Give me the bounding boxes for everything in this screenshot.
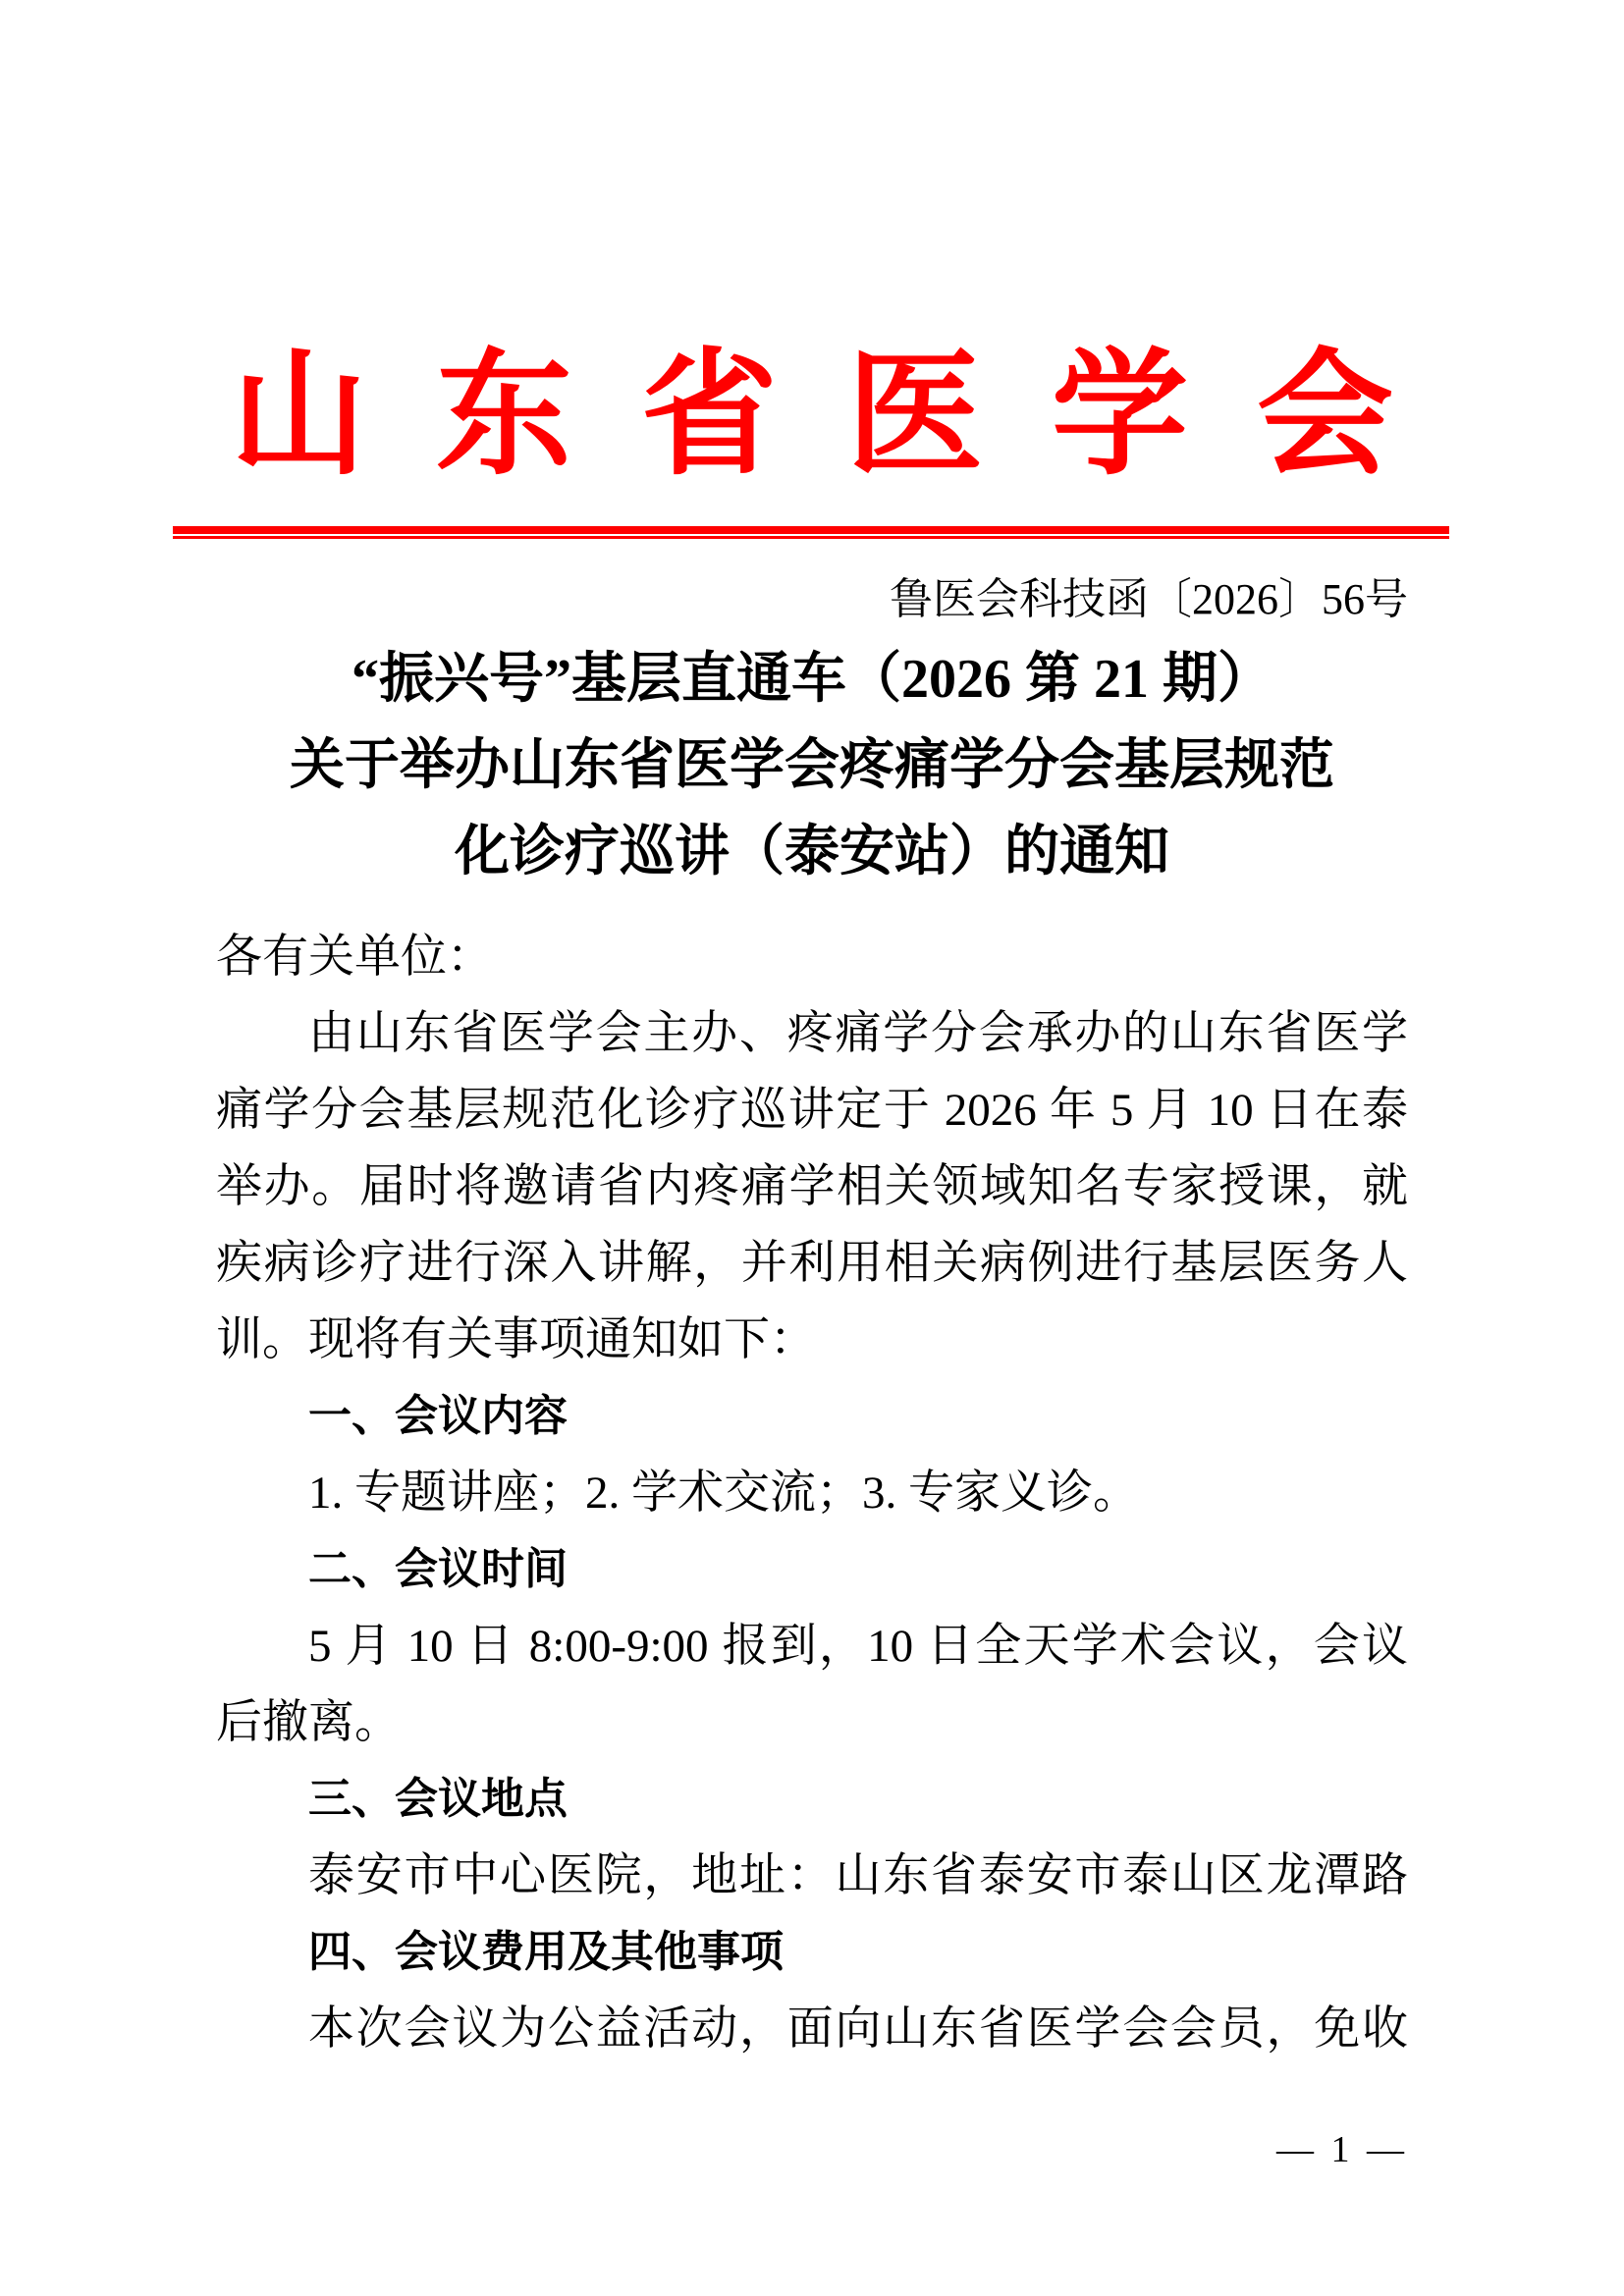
section-heading-2: 二、会议时间 bbox=[216, 1531, 1408, 1608]
document-page: 山东省医学会 鲁医会科技函〔2026〕56号 “振兴号”基层直通车（2026 第… bbox=[0, 0, 1624, 2296]
masthead-divider bbox=[173, 526, 1449, 539]
body-line: 举办。届时将邀请省内疼痛学相关领域知名专家授课，就疼痛 bbox=[216, 1148, 1408, 1225]
body-line: 泰安市中心医院，地址：山东省泰安市泰山区龙潭路 29 号。 bbox=[216, 1838, 1408, 1914]
doc-reference-number: 鲁医会科技函〔2026〕56号 bbox=[216, 573, 1408, 626]
page-number: — 1 — bbox=[216, 2126, 1408, 2173]
body-line: 1. 专题讲座；2. 学术交流；3. 专家义诊。 bbox=[216, 1455, 1408, 1531]
section-heading-3: 三、会议地点 bbox=[216, 1761, 1408, 1838]
section-heading-4: 四、会议费用及其他事项 bbox=[216, 1914, 1408, 1991]
body-line: 本次会议为公益活动，面向山东省医学会会员，免收会务 bbox=[216, 1991, 1408, 2067]
org-name-masthead: 山东省医学会 bbox=[0, 338, 1624, 495]
body-line: 训。现将有关事项通知如下： bbox=[216, 1302, 1408, 1378]
notice-title-line3: 化诊疗巡讲（泰安站）的通知 bbox=[118, 809, 1506, 895]
section-heading-1: 一、会议内容 bbox=[216, 1378, 1408, 1455]
body-line: 后撤离。 bbox=[216, 1684, 1408, 1761]
body-line: 由山东省医学会主办、疼痛学分会承办的山东省医学会疼 bbox=[216, 995, 1408, 1072]
notice-body: 各有关单位： 由山东省医学会主办、疼痛学分会承办的山东省医学会疼 痛学分会基层规… bbox=[216, 919, 1408, 2067]
masthead-divider-thin-line bbox=[173, 536, 1449, 539]
body-line: 痛学分会基层规范化诊疗巡讲定于 2026 年 5 月 10 日在泰安市 bbox=[216, 1072, 1408, 1148]
notice-title-line1: “振兴号”基层直通车（2026 第 21 期） bbox=[118, 636, 1506, 722]
notice-title-line2: 关于举办山东省医学会疼痛学分会基层规范 bbox=[118, 722, 1506, 809]
body-line: 5 月 10 日 8:00-9:00 报到，10 日全天学术会议，会议结束 bbox=[216, 1608, 1408, 1684]
body-line: 疾病诊疗进行深入讲解，并利用相关病例进行基层医务人员培 bbox=[216, 1225, 1408, 1302]
notice-title: “振兴号”基层直通车（2026 第 21 期） 关于举办山东省医学会疼痛学分会基… bbox=[118, 636, 1506, 895]
salutation-line: 各有关单位： bbox=[216, 919, 1408, 995]
masthead-divider-thick-line bbox=[173, 526, 1449, 534]
